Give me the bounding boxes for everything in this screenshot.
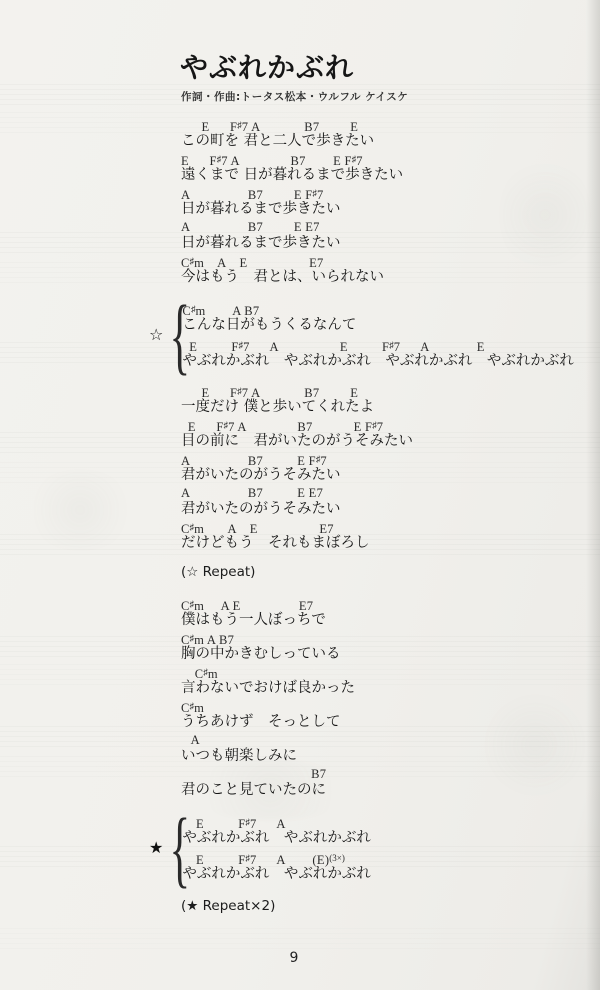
chord-line: E F♯7 A B7 E F♯7 — [181, 153, 581, 166]
section-repeat-black-star: (★ Repeat×2) — [181, 898, 581, 914]
chord-line: A B7 E F♯7 — [181, 453, 581, 466]
song-line: C♯m言わないでおけば良かった — [181, 666, 581, 697]
lyric-line: 胸の中かきむしっている — [181, 645, 581, 663]
bleedthrough-staff — [0, 928, 600, 949]
section-verse-3: C♯m A E E7僕はもう一人ぼっちでC♯m A B7胸の中かきむしっている … — [181, 598, 581, 799]
group-lines: E F♯7 Aやぶれかぶれ やぶれかぶれ E F♯7 A (E)(3×)やぶれか… — [182, 814, 371, 883]
chord-line: E F♯7 A B7 E — [181, 385, 581, 398]
lyric-line: 君がいたのがうそみたい — [181, 466, 581, 484]
chord-line: C♯m A E E7 — [181, 521, 581, 534]
chord-line: C♯m — [181, 666, 581, 679]
lyric-line: この町を 君と二人で歩きたい — [181, 132, 581, 150]
credit-line: 作詞・作曲:トータス松本・ウルフル ケイスケ — [181, 89, 408, 104]
chord-line: B7 — [181, 768, 581, 781]
lyric-line: 日が暮れるまで歩きたい — [181, 200, 581, 218]
song-line: A B7 E F♯7君がいたのがうそみたい — [181, 453, 581, 484]
lyric-line: 君がいたのがうそみたい — [181, 500, 581, 518]
song-line: E F♯7 A B7 E F♯7遠くまで 日が暮れるまで歩きたい — [181, 153, 581, 184]
page-edge-shadow — [586, 0, 600, 990]
lyric-line: 遠くまで 日が暮れるまで歩きたい — [181, 166, 581, 184]
page-number: 9 — [282, 950, 306, 966]
group-lines: C♯m A B7こんな日がもうくるなんて E F♯7 A E F♯7 A Eやぶ… — [182, 301, 574, 370]
song-line: E F♯7 A B7 E F♯7目の前に 君がいたのがうそみたい — [181, 419, 581, 450]
section-verse-1: E F♯7 A B7 Eこの町を 君と二人で歩きたいE F♯7 A B7 E F… — [181, 119, 581, 286]
song-title: やぶれかぶれ — [180, 46, 354, 86]
lyric-line: 一度だけ 僕と歩いてくれたよ — [181, 398, 581, 416]
chord-line: A — [181, 734, 581, 747]
white-star-mark: ☆ — [149, 327, 163, 343]
bleedthrough-smudge — [20, 470, 140, 550]
song-line: A B7 E E7日が暮れるまで歩きたい — [181, 221, 581, 252]
lyric-line: こんな日がもうくるなんて — [182, 316, 574, 334]
chord-line: C♯m A E E7 — [181, 255, 581, 268]
section-chorus-black-star: ★{ E F♯7 Aやぶれかぶれ やぶれかぶれ E F♯7 A (E)(3×)や… — [149, 811, 581, 885]
group-brace: { — [170, 298, 181, 372]
songbook-page: やぶれかぶれ 作詞・作曲:トータス松本・ウルフル ケイスケ E F♯7 A B7… — [0, 0, 600, 990]
lyric-line: 今はもう 君とは、いられない — [181, 268, 581, 286]
song-line: E F♯7 A B7 Eこの町を 君と二人で歩きたい — [181, 119, 581, 150]
chord-line: C♯m A E E7 — [181, 598, 581, 611]
chord-line: C♯m A B7 — [182, 303, 574, 316]
song-line: E F♯7 A E F♯7 A Eやぶれかぶれ やぶれかぶれ やぶれかぶれ やぶ… — [182, 339, 574, 370]
lyric-line: 言わないでおけば良かった — [181, 679, 581, 697]
lyric-line: だけどもう それもまぼろし — [181, 534, 581, 552]
section-repeat-white-star: (☆ Repeat) — [181, 564, 581, 580]
song-line: C♯m A E E7今はもう 君とは、いられない — [181, 255, 581, 286]
group-brace: { — [170, 811, 181, 885]
section-verse-2: E F♯7 A B7 E一度だけ 僕と歩いてくれたよ E F♯7 A B7 E … — [181, 385, 581, 552]
chord-line: C♯m A B7 — [181, 632, 581, 645]
section-chorus-white-star: ☆{C♯m A B7こんな日がもうくるなんて E F♯7 A E F♯7 A E… — [149, 298, 581, 372]
song-line: B7君のこと見ていたのに — [181, 768, 581, 799]
lyric-line: 僕はもう一人ぼっちで — [181, 611, 581, 629]
lyric-line: 日が暮れるまで歩きたい — [181, 234, 581, 252]
chord-line: A B7 E E7 — [181, 221, 581, 234]
chord-line: E F♯7 A — [182, 816, 371, 829]
lyric-line: 君のこと見ていたのに — [181, 781, 581, 799]
chord-line: E F♯7 A (E)(3×) — [182, 852, 371, 865]
lyric-line: うちあけず そっとして — [181, 713, 581, 731]
chord-line: C♯m — [181, 700, 581, 713]
lyrics-and-chords: E F♯7 A B7 Eこの町を 君と二人で歩きたいE F♯7 A B7 E F… — [181, 119, 581, 926]
chord-line: A B7 E F♯7 — [181, 187, 581, 200]
song-line: C♯m A E E7だけどもう それもまぼろし — [181, 521, 581, 552]
song-line: Aいつも朝楽しみに — [181, 734, 581, 765]
song-line: E F♯7 Aやぶれかぶれ やぶれかぶれ — [182, 816, 371, 847]
chord-line: E F♯7 A B7 E — [181, 119, 581, 132]
lyric-line: 目の前に 君がいたのがうそみたい — [181, 432, 581, 450]
song-line: C♯mうちあけず そっとして — [181, 700, 581, 731]
song-line: A B7 E E7君がいたのがうそみたい — [181, 487, 581, 518]
song-line: C♯m A B7こんな日がもうくるなんて — [182, 303, 574, 334]
lyric-line: やぶれかぶれ やぶれかぶれ — [182, 865, 371, 883]
lyric-line: やぶれかぶれ やぶれかぶれ やぶれかぶれ やぶれかぶれ — [182, 352, 574, 370]
black-star-mark: ★ — [149, 840, 163, 856]
song-line: E F♯7 A (E)(3×)やぶれかぶれ やぶれかぶれ — [182, 852, 371, 883]
repeat-instruction: (☆ Repeat) — [181, 564, 581, 580]
chord-line: A B7 E E7 — [181, 487, 581, 500]
song-line: C♯m A E E7僕はもう一人ぼっちで — [181, 598, 581, 629]
lyric-line: やぶれかぶれ やぶれかぶれ — [182, 829, 371, 847]
song-line: C♯m A B7胸の中かきむしっている — [181, 632, 581, 663]
chord-line: E F♯7 A B7 E F♯7 — [181, 419, 581, 432]
song-line: E F♯7 A B7 E一度だけ 僕と歩いてくれたよ — [181, 385, 581, 416]
chord-line: E F♯7 A E F♯7 A E — [182, 339, 574, 352]
repeat-instruction: (★ Repeat×2) — [181, 898, 581, 914]
lyric-line: いつも朝楽しみに — [181, 747, 581, 765]
song-line: A B7 E F♯7日が暮れるまで歩きたい — [181, 187, 581, 218]
